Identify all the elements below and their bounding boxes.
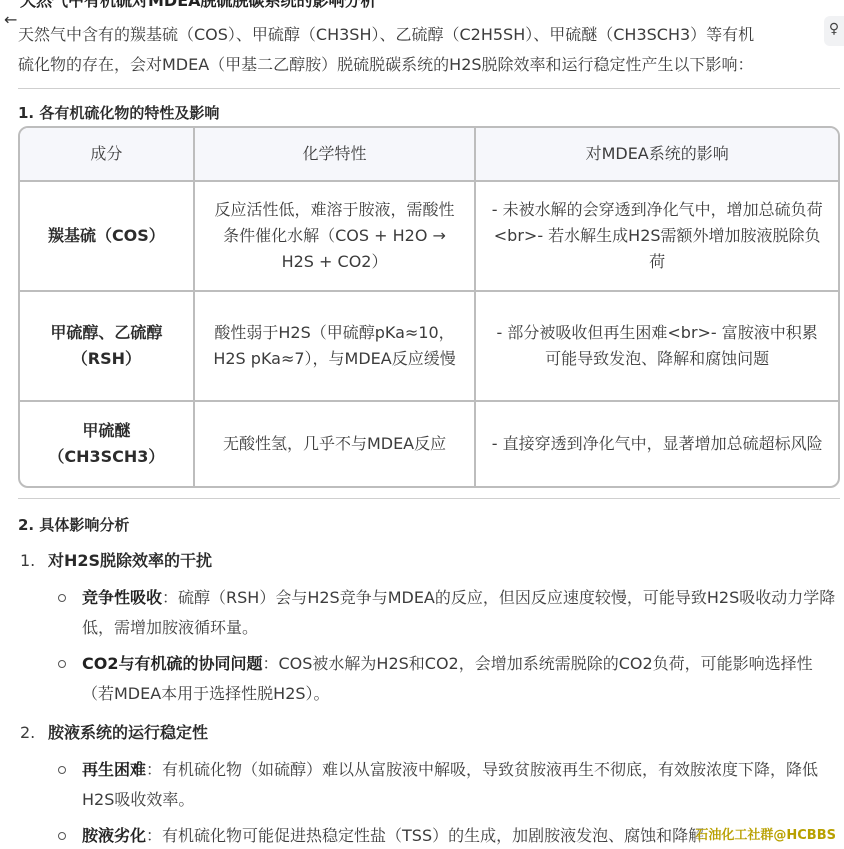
sulfur-compounds-table: 成分 化学特性 对MDEA系统的影响 羰基硫（COS） 反应活性低，难溶于胺液，…	[18, 126, 840, 488]
list-item: 1. 对H2S脱除效率的干扰	[18, 543, 840, 579]
table-row: 甲硫醚（CH3SCH3） 无酸性氢，几乎不与MDEA反应 - 直接穿透到净化气中…	[20, 402, 838, 486]
intro-line-1: 天然气中含有的羰基硫（COS）、甲硫醇（CH3SH）、乙硫醇（C2H5SH）、甲…	[18, 20, 830, 50]
bullet-text: ：硫醇（RSH）会与H2S竞争与MDEA的反应，但因反应速度较慢，可能导致H2S…	[82, 588, 835, 637]
list-item: 2. 胺液系统的运行稳定性	[18, 715, 840, 751]
table-header-row: 成分 化学特性 对MDEA系统的影响	[20, 128, 838, 182]
watermark: 石油化工社群@HCBBS	[695, 824, 836, 843]
cell-name: 甲硫醚（CH3SCH3）	[20, 402, 195, 486]
bullet-item: CO2与有机硫的协同问题：COS被水解为H2S和CO2，会增加系统需脱除的CO2…	[18, 649, 840, 709]
cell-impact: - 直接穿透到净化气中，显著增加总硫超标风险	[476, 402, 838, 486]
circle-bullet-icon	[58, 766, 66, 774]
list-number: 2.	[20, 715, 35, 751]
cell-name: 甲硫醇、乙硫醇（RSH）	[20, 292, 195, 402]
cell-property: 无酸性氢，几乎不与MDEA反应	[195, 402, 477, 486]
cell-impact: - 未被水解的会穿透到净化气中，增加总硫负荷<br>- 若水解生成H2S需额外增…	[476, 182, 838, 292]
section2-heading: 2. 具体影响分析	[18, 514, 129, 535]
header-mdea-impact: 对MDEA系统的影响	[476, 128, 838, 182]
cell-name: 羰基硫（COS）	[20, 182, 195, 292]
page: 天然气中有机硫对MDEA脱硫脱碳系统的影响分析 ← ♀ 天然气中含有的羰基硫（C…	[0, 0, 844, 849]
circle-bullet-icon	[58, 594, 66, 602]
intro-line-2: 硫化物的存在，会对MDEA（甲基二乙醇胺）脱硫脱碳系统的H2S脱除效率和运行稳定…	[18, 50, 830, 80]
cell-property: 反应活性低，难溶于胺液，需酸性条件催化水解（COS + H2O → H2S + …	[195, 182, 477, 292]
list-item-title: 胺液系统的运行稳定性	[48, 715, 208, 751]
divider	[18, 498, 840, 499]
impact-list: 1. 对H2S脱除效率的干扰 竞争性吸收：硫醇（RSH）会与H2S竞争与MDEA…	[18, 543, 840, 849]
list-number: 1.	[20, 543, 35, 579]
bullet-label: 竞争性吸收	[82, 588, 162, 607]
list-item-title: 对H2S脱除效率的干扰	[48, 543, 212, 579]
divider	[18, 88, 840, 89]
header-component: 成分	[20, 128, 195, 182]
bullet-text: ：有机硫化物可能促进热稳定性盐（TSS）的生成，加剧胺液发泡、腐蚀和降解	[146, 826, 704, 845]
bullet-text: ：有机硫化物（如硫醇）难以从富胺液中解吸，导致贫胺液再生不彻底，有效胺浓度下降，…	[82, 760, 818, 809]
circle-bullet-icon	[58, 832, 66, 840]
back-arrow-icon[interactable]: ←	[4, 12, 17, 28]
intro-paragraph: 天然气中含有的羰基硫（COS）、甲硫醇（CH3SH）、乙硫醇（C2H5SH）、甲…	[18, 20, 830, 80]
page-title: 天然气中有机硫对MDEA脱硫脱碳系统的影响分析	[20, 0, 377, 11]
circle-bullet-icon	[58, 660, 66, 668]
bullet-label: 再生困难	[82, 760, 146, 779]
bullet-item: 竞争性吸收：硫醇（RSH）会与H2S竞争与MDEA的反应，但因反应速度较慢，可能…	[18, 583, 840, 643]
cell-impact: - 部分被吸收但再生困难<br>- 富胺液中积累可能导致发泡、降解和腐蚀问题	[476, 292, 838, 402]
bullet-item: 再生困难：有机硫化物（如硫醇）难以从富胺液中解吸，导致贫胺液再生不彻底，有效胺浓…	[18, 755, 840, 815]
section1-heading: 1. 各有机硫化物的特性及影响	[18, 102, 219, 123]
bullet-label: 胺液劣化	[82, 826, 146, 845]
bullet-label: CO2与有机硫的协同问题	[82, 654, 262, 673]
header-chemical-property: 化学特性	[195, 128, 477, 182]
table-row: 甲硫醇、乙硫醇（RSH） 酸性弱于H2S（甲硫醇pKa≈10，H2S pKa≈7…	[20, 292, 838, 402]
cell-property: 酸性弱于H2S（甲硫醇pKa≈10，H2S pKa≈7），与MDEA反应缓慢	[195, 292, 477, 402]
table-row: 羰基硫（COS） 反应活性低，难溶于胺液，需酸性条件催化水解（COS + H2O…	[20, 182, 838, 292]
